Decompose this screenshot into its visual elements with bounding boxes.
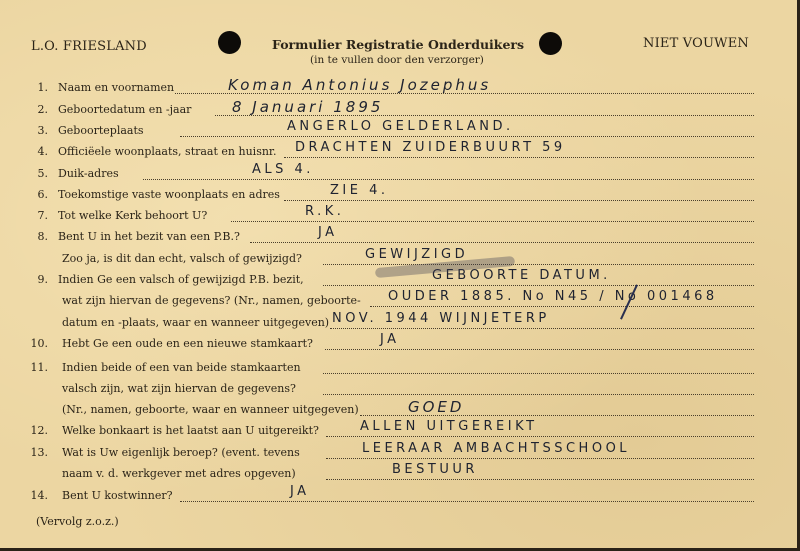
handwritten-answer: DRACHTEN ZUIDERBUURT 59 bbox=[295, 140, 566, 155]
dotted-answer-line bbox=[323, 394, 754, 395]
field-label: Bent U kostwinner? bbox=[62, 489, 172, 502]
dotted-answer-line bbox=[180, 501, 754, 502]
field-label: datum en -plaats, waar en wanneer uitgeg… bbox=[62, 316, 329, 329]
field-number: 2. bbox=[28, 103, 48, 116]
handwritten-answer: LEERAAR AMBACHTSSCHOOL bbox=[362, 441, 630, 456]
field-label: Wat is Uw eigenlijk beroep? (event. teve… bbox=[62, 446, 300, 459]
field-number: 5. bbox=[28, 167, 48, 180]
field-number: 9. bbox=[28, 273, 48, 286]
form-field-row: 8.Bent U in het bezit van een P.B.?JA bbox=[0, 230, 760, 248]
dotted-answer-line bbox=[326, 458, 754, 459]
handwritten-answer: 8 Januari 1895 bbox=[232, 98, 383, 116]
dotted-answer-line bbox=[370, 306, 754, 307]
form-field-row: 14.Bent U kostwinner?JA bbox=[0, 489, 760, 507]
dotted-answer-line bbox=[284, 157, 754, 158]
field-label: Duik-adres bbox=[58, 167, 119, 180]
field-label: (Nr., namen, geboorte, waar en wanneer u… bbox=[62, 403, 359, 416]
handwritten-answer: R.K. bbox=[305, 204, 344, 219]
field-label: valsch zijn, wat zijn hiervan de gegeven… bbox=[62, 382, 296, 395]
handwritten-answer: NOV. 1944 WIJNJETERP bbox=[332, 311, 550, 326]
dotted-answer-line bbox=[250, 242, 754, 243]
field-label: Welke bonkaart is het laatst aan U uitge… bbox=[62, 424, 319, 437]
field-label: Tot welke Kerk behoort U? bbox=[58, 209, 207, 222]
form-field-row: 13.Wat is Uw eigenlijk beroep? (event. t… bbox=[0, 446, 760, 464]
form-field-row: 6.Toekomstige vaste woonplaats en adresZ… bbox=[0, 188, 760, 206]
handwritten-answer: ALS 4. bbox=[252, 162, 314, 177]
organization-label: L.O. FRIESLAND bbox=[31, 39, 147, 54]
handwritten-answer: ALLEN UITGEREIKT bbox=[360, 419, 538, 434]
dotted-answer-line bbox=[323, 264, 754, 265]
field-label: Geboortedatum en -jaar bbox=[58, 103, 191, 116]
field-number: 3. bbox=[28, 124, 48, 137]
form-field-row: 10.Hebt Ge een oude en een nieuwe stamka… bbox=[0, 337, 760, 355]
dotted-answer-line bbox=[323, 285, 754, 286]
dotted-answer-line bbox=[284, 200, 754, 201]
handwritten-answer: ANGERLO GELDERLAND. bbox=[287, 119, 514, 134]
form-field-row: wat zijn hiervan de gegevens? (Nr., name… bbox=[0, 294, 760, 312]
field-label: Hebt Ge een oude en een nieuwe stamkaart… bbox=[62, 337, 313, 350]
punch-hole-left bbox=[218, 31, 241, 54]
field-label: Toekomstige vaste woonplaats en adres bbox=[58, 188, 280, 201]
field-label: Zoo ja, is dit dan echt, valsch of gewij… bbox=[62, 252, 302, 265]
field-number: 4. bbox=[28, 145, 48, 158]
form-field-row: valsch zijn, wat zijn hiervan de gegeven… bbox=[0, 382, 760, 400]
field-number: 6. bbox=[28, 188, 48, 201]
handwritten-answer: JA bbox=[380, 332, 400, 347]
field-number: 13. bbox=[28, 446, 48, 459]
dotted-answer-line bbox=[143, 179, 754, 180]
field-label: Indien Ge een valsch of gewijzigd P.B. b… bbox=[58, 273, 304, 286]
dotted-answer-line bbox=[325, 349, 754, 350]
continued-note: (Vervolg z.o.z.) bbox=[36, 515, 119, 528]
field-number: 10. bbox=[28, 337, 48, 350]
field-number: 7. bbox=[28, 209, 48, 222]
form-title: Formulier Registratie Onderduikers bbox=[272, 37, 524, 52]
handwritten-answer: JA bbox=[290, 484, 310, 499]
dotted-answer-line bbox=[326, 479, 754, 480]
dotted-answer-line bbox=[231, 221, 754, 222]
form-subtitle: (in te vullen door den verzorger) bbox=[310, 54, 484, 66]
field-label: Officiëele woonplaats, straat en huisnr. bbox=[58, 145, 276, 158]
field-number: 14. bbox=[28, 489, 48, 502]
field-label: wat zijn hiervan de gegevens? (Nr., name… bbox=[62, 294, 361, 307]
registration-form-card: L.O. FRIESLAND Formulier Registratie Ond… bbox=[0, 0, 797, 548]
dotted-answer-line bbox=[180, 136, 754, 137]
field-label: Naam en voornamen bbox=[58, 81, 174, 94]
handwritten-answer: Koman Antonius Jozephus bbox=[228, 76, 491, 94]
field-label: Indien beide of een van beide stamkaarte… bbox=[62, 361, 301, 374]
form-field-row: 1.Naam en voornamenKoman Antonius Jozeph… bbox=[0, 81, 760, 99]
dotted-answer-line bbox=[323, 373, 754, 374]
field-label: Geboorteplaats bbox=[58, 124, 144, 137]
dotted-answer-line bbox=[330, 328, 754, 329]
field-number: 1. bbox=[28, 81, 48, 94]
field-label: Bent U in het bezit van een P.B.? bbox=[58, 230, 240, 243]
form-field-row: 11.Indien beide of een van beide stamkaa… bbox=[0, 361, 760, 379]
handwritten-answer: JA bbox=[318, 225, 338, 240]
do-not-fold-label: NIET VOUWEN bbox=[643, 36, 749, 51]
punch-hole-right bbox=[539, 32, 562, 55]
handwritten-answer: BESTUUR bbox=[392, 462, 478, 477]
form-field-row: naam v. d. werkgever met adres opgeven)B… bbox=[0, 467, 760, 485]
field-label: naam v. d. werkgever met adres opgeven) bbox=[62, 467, 296, 480]
form-field-row: 12.Welke bonkaart is het laatst aan U ui… bbox=[0, 424, 760, 442]
form-field-row: 7.Tot welke Kerk behoort U?R.K. bbox=[0, 209, 760, 227]
handwritten-answer: OUDER 1885. No N45 / No 001468 bbox=[388, 289, 718, 304]
dotted-answer-line bbox=[326, 436, 754, 437]
handwritten-answer: ZIE 4. bbox=[330, 183, 389, 198]
field-number: 11. bbox=[28, 361, 48, 374]
handwritten-answer: GOED bbox=[408, 398, 464, 416]
form-field-row: 4.Officiëele woonplaats, straat en huisn… bbox=[0, 145, 760, 163]
field-number: 12. bbox=[28, 424, 48, 437]
handwritten-answer: GEWIJZIGD bbox=[365, 247, 468, 262]
field-number: 8. bbox=[28, 230, 48, 243]
